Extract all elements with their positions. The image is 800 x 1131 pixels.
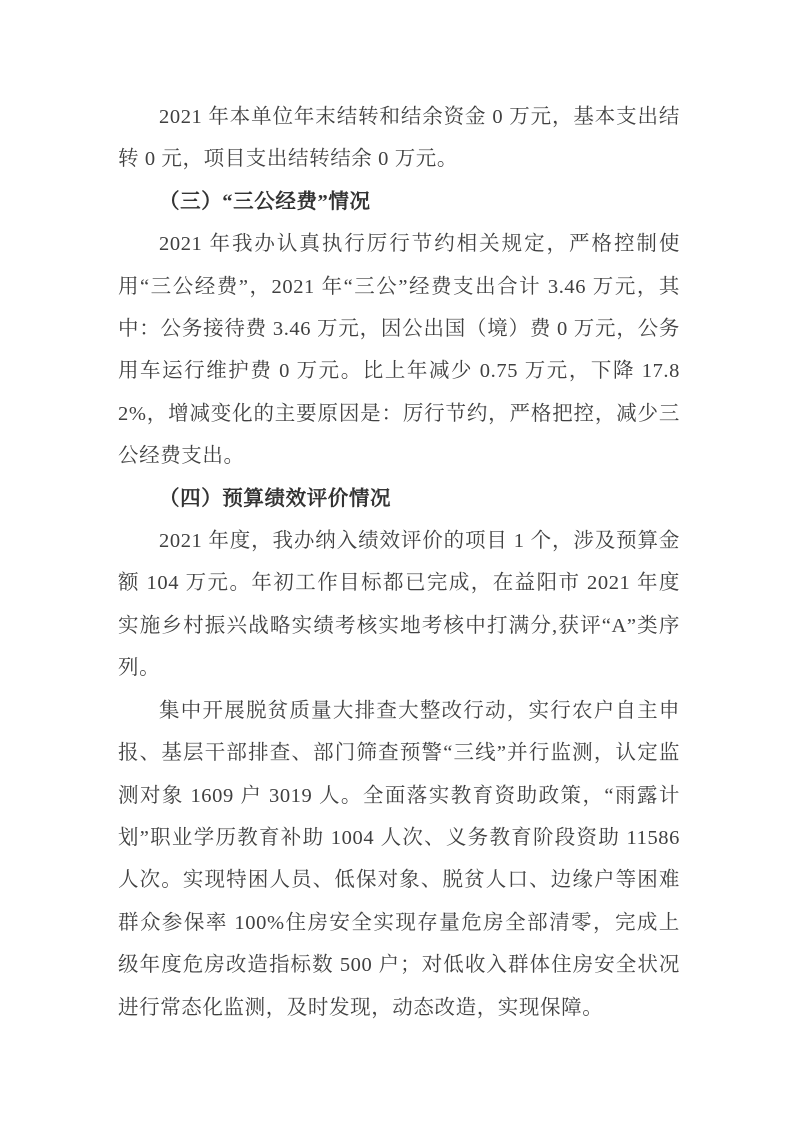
section-heading: （四）预算绩效评价情况 — [118, 478, 680, 520]
paragraph: 2021 年本单位年末结转和结余资金 0 万元，基本支出结转 0 元，项目支出结… — [118, 96, 680, 181]
paragraph: 集中开展脱贫质量大排查大整改行动，实行农户自主申报、基层干部排查、部门筛查预警“… — [118, 690, 680, 1029]
document-content: 2021 年本单位年末结转和结余资金 0 万元，基本支出结转 0 元，项目支出结… — [118, 96, 680, 1029]
paragraph: 2021 年度，我办纳入绩效评价的项目 1 个，涉及预算金额 104 万元。年初… — [118, 520, 680, 690]
document-page: 2021 年本单位年末结转和结余资金 0 万元，基本支出结转 0 元，项目支出结… — [0, 0, 800, 1131]
section-heading: （三）“三公经费”情况 — [118, 181, 680, 223]
paragraph: 2021 年我办认真执行厉行节约相关规定，严格控制使用“三公经费”，2021 年… — [118, 223, 680, 477]
